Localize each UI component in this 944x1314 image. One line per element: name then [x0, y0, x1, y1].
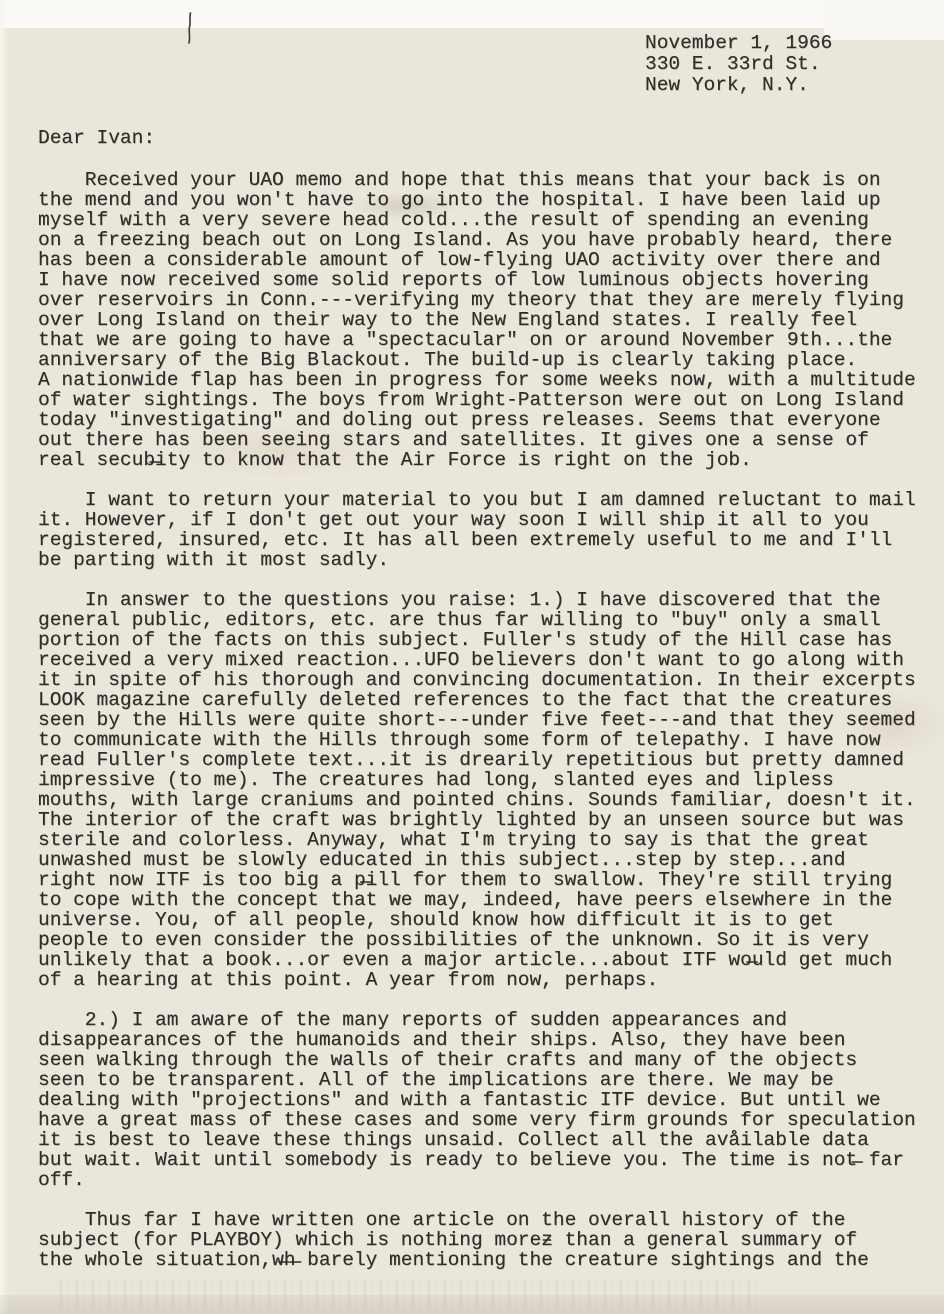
text-line: received a very mixed reaction...UFO bel… — [38, 650, 938, 670]
text-line: it in spite of his thorough and convinci… — [38, 670, 938, 690]
text-line: universe. You, of all people, should kno… — [38, 910, 938, 930]
scan-noise-bottom — [60, 1280, 760, 1310]
text-line: seen to be transparent. All of the impli… — [38, 1070, 938, 1090]
text-line: unlikely that a book...or even a major a… — [38, 950, 938, 970]
paragraph: 2.) I am aware of the many reports of su… — [38, 1010, 938, 1190]
address-line-1: 330 E. 33rd St. — [645, 54, 832, 75]
text-line: impressive (to me). The creatures had lo… — [38, 770, 938, 790]
text-line: unwashed must be slowly educated in this… — [38, 850, 938, 870]
text-line: out there has been seeing stars and sate… — [38, 430, 938, 450]
text-line: dealing with "projections" and with a fa… — [38, 1090, 938, 1110]
paragraph: I want to return your material to you bu… — [38, 490, 938, 570]
text-line: be parting with it most sadly. — [38, 550, 938, 570]
text-line: that we are going to have a "spectacular… — [38, 330, 938, 350]
text-line: seen by the Hills were quite short---und… — [38, 710, 938, 730]
text-line: people to even consider the possibilitie… — [38, 930, 938, 950]
text-line: the mend and you won't have to go into t… — [38, 190, 938, 210]
text-line: 2.) I am aware of the many reports of su… — [38, 1010, 938, 1030]
letter-body: Received your UAO memo and hope that thi… — [38, 170, 938, 1270]
text-line: it is best to leave these things unsaid.… — [38, 1130, 938, 1150]
text-line: right now ITF is too big a p̶ill for the… — [38, 870, 938, 890]
text-line: disappearances of the humanoids and thei… — [38, 1030, 938, 1050]
text-line: sterile and colorless. Anyway, what I'm … — [38, 830, 938, 850]
text-line: to communicate with the Hills through so… — [38, 730, 938, 750]
text-line: portion of the facts on this subject. Fu… — [38, 630, 938, 650]
text-line: Received your UAO memo and hope that thi… — [38, 170, 938, 190]
letter-page: November 1, 1966 330 E. 33rd St. New Yor… — [0, 0, 944, 1314]
text-line: it. However, if I don't get out your way… — [38, 510, 938, 530]
text-line: but wait. Wait until somebody is ready t… — [38, 1150, 938, 1170]
text-line: mouths, with large craniums and pointed … — [38, 790, 938, 810]
salutation: Dear Ivan: — [38, 128, 155, 148]
text-line: real secub̶ity to know that the Air Forc… — [38, 450, 938, 470]
text-line: today "investigating" and doling out pre… — [38, 410, 938, 430]
text-line: off. — [38, 1170, 938, 1190]
text-line: I have now received some solid reports o… — [38, 270, 938, 290]
text-line: Thus far I have written one article on t… — [38, 1210, 938, 1230]
text-line: to cope with the concept that we may, in… — [38, 890, 938, 910]
paragraph: In answer to the questions you raise: 1.… — [38, 590, 938, 990]
scan-edge-top-right — [824, 0, 944, 40]
text-line: LOOK magazine carefully deleted referenc… — [38, 690, 938, 710]
scan-edge-top — [0, 0, 944, 28]
text-line: myself with a very severe head cold...th… — [38, 210, 938, 230]
scan-noise-bottom — [0, 1295, 944, 1314]
text-line: on a freezing beach out on Long Island. … — [38, 230, 938, 250]
text-line: subject (for PLAYBOY) which is nothing m… — [38, 1230, 938, 1250]
text-line: anniversary of the Big Blackout. The bui… — [38, 350, 938, 370]
text-line: I want to return your material to you bu… — [38, 490, 938, 510]
date-address-block: November 1, 1966 330 E. 33rd St. New Yor… — [645, 33, 832, 96]
text-line: A nationwide flap has been in progress f… — [38, 370, 938, 390]
ink-mark — [185, 12, 195, 44]
text-line: general public, editors, etc. are thus f… — [38, 610, 938, 630]
date-line: November 1, 1966 — [645, 33, 832, 54]
text-line: of a hearing at this point. A year from … — [38, 970, 938, 990]
paragraph: Received your UAO memo and hope that thi… — [38, 170, 938, 470]
text-line: has been a considerable amount of low-fl… — [38, 250, 938, 270]
text-line: over reservoirs in Conn.---verifying my … — [38, 290, 938, 310]
text-line: the whole situation,w̶h̶ barely mentioni… — [38, 1250, 938, 1270]
text-line: of water sightings. The boys from Wright… — [38, 390, 938, 410]
address-line-2: New York, N.Y. — [645, 75, 832, 96]
text-line: registered, insured, etc. It has all bee… — [38, 530, 938, 550]
scan-edge-left — [0, 0, 9, 1314]
text-line: have a great mass of these cases and som… — [38, 1110, 938, 1130]
paragraph: Thus far I have written one article on t… — [38, 1210, 938, 1270]
text-line: seen walking through the walls of their … — [38, 1050, 938, 1070]
text-line: read Fuller's complete text...it is drea… — [38, 750, 938, 770]
text-line: In answer to the questions you raise: 1.… — [38, 590, 938, 610]
text-line: over Long Island on their way to the New… — [38, 310, 938, 330]
text-line: The interior of the craft was brightly l… — [38, 810, 938, 830]
